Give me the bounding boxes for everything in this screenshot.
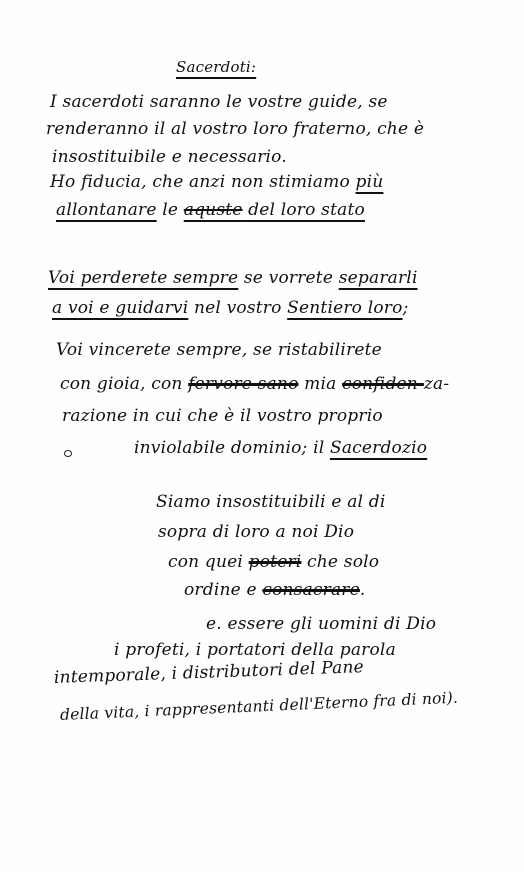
line-text: insostituibile e necessario. xyxy=(52,147,287,167)
manuscript-line: sopra di loro a noi Dio xyxy=(158,522,354,542)
manuscript-line: della vita, i rappresentanti dell'Eterno… xyxy=(60,689,459,724)
manuscript-line: I sacerdoti saranno le vostre guide, se xyxy=(50,92,388,112)
underlined-text: separarli xyxy=(339,268,418,288)
line-text: . xyxy=(360,580,366,600)
manuscript-line: a voi e guidarvi nel vostro Sentiero lor… xyxy=(52,298,409,318)
line-text: nel vostro xyxy=(188,298,287,318)
manuscript-line: renderanno il al vostro loro fraterno, c… xyxy=(46,119,424,139)
line-text: ordine e xyxy=(184,580,262,600)
line-text: Voi vincerete sempre, se ristabilirete xyxy=(56,340,382,360)
manuscript-line: Voi vincerete sempre, se ristabilirete xyxy=(56,340,382,360)
line-text: Ho fiducia, che anzi non stimiamo xyxy=(50,172,356,192)
manuscript-line: allontanare le aquste del loro stato xyxy=(56,200,365,220)
manuscript-line: Ho fiducia, che anzi non stimiamo più xyxy=(50,172,383,192)
line-text: razione in cui che è il vostro xyxy=(62,406,317,426)
struck-text: confiden- xyxy=(342,374,424,394)
manuscript-line: Siamo insostituibili e al di xyxy=(156,492,386,512)
underlined-text: Sacerdozio xyxy=(330,438,427,458)
line-text: le xyxy=(157,200,184,220)
line-text: renderanno il al vostro loro fraterno, c… xyxy=(46,119,424,139)
line-text: inviolabile dominio; il xyxy=(134,438,330,458)
manuscript-line: con quei poteri che solo xyxy=(168,552,379,572)
struck-text: poteri xyxy=(249,552,302,572)
line-text: se vorrete xyxy=(238,268,338,288)
line-text: con quei xyxy=(168,552,249,572)
struck-text: fervore sano xyxy=(188,374,298,394)
underlined-text: a voi e guidarvi xyxy=(52,298,188,318)
underlined-text: Voi perderete sempre xyxy=(48,268,238,288)
manuscript-line: insostituibile e necessario. xyxy=(52,147,287,167)
line-text: che solo xyxy=(301,552,379,572)
margin-mark xyxy=(64,450,72,457)
manuscript-page: Sacerdoti: I sacerdoti saranno le vostre… xyxy=(0,0,524,872)
manuscript-line: razione in cui che è il vostro proprio xyxy=(62,406,383,426)
underlined-text: allontanare xyxy=(56,200,157,220)
page-title: Sacerdoti: xyxy=(176,58,256,76)
line-text: della vita, i rappresentanti dell'Eterno… xyxy=(60,689,459,724)
line-text: e. essere gli uomini di Dio xyxy=(206,614,436,634)
line-text: I sacerdoti saranno le vostre guide, se xyxy=(50,92,388,112)
struck-text: consacrare xyxy=(262,580,360,600)
manuscript-line: intemporale, i distributori del Pane xyxy=(54,657,365,688)
line-text: za- xyxy=(424,374,449,394)
underlined-text: più xyxy=(356,172,384,192)
underlined-text: del loro stato xyxy=(243,200,365,220)
line-text: mia xyxy=(299,374,343,394)
underlined-text: Sentiero loro xyxy=(287,298,402,318)
line-text: ; xyxy=(403,298,409,318)
manuscript-line: ordine e consacrare. xyxy=(184,580,366,600)
struck-underlined-text: aquste xyxy=(184,200,243,220)
line-text: con gioia, con xyxy=(60,374,188,394)
manuscript-line: Voi perderete sempre se vorrete separarl… xyxy=(48,268,418,288)
line-text: proprio xyxy=(317,406,382,426)
manuscript-line: e. essere gli uomini di Dio xyxy=(206,614,436,634)
line-text: sopra di loro a noi Dio xyxy=(158,522,354,542)
manuscript-line: inviolabile dominio; il Sacerdozio xyxy=(134,438,427,458)
line-text: intemporale, i distributori del Pane xyxy=(54,657,365,688)
line-text: Siamo insostituibili e al di xyxy=(156,492,386,512)
manuscript-line: con gioia, con fervore sano mia confiden… xyxy=(60,374,449,394)
